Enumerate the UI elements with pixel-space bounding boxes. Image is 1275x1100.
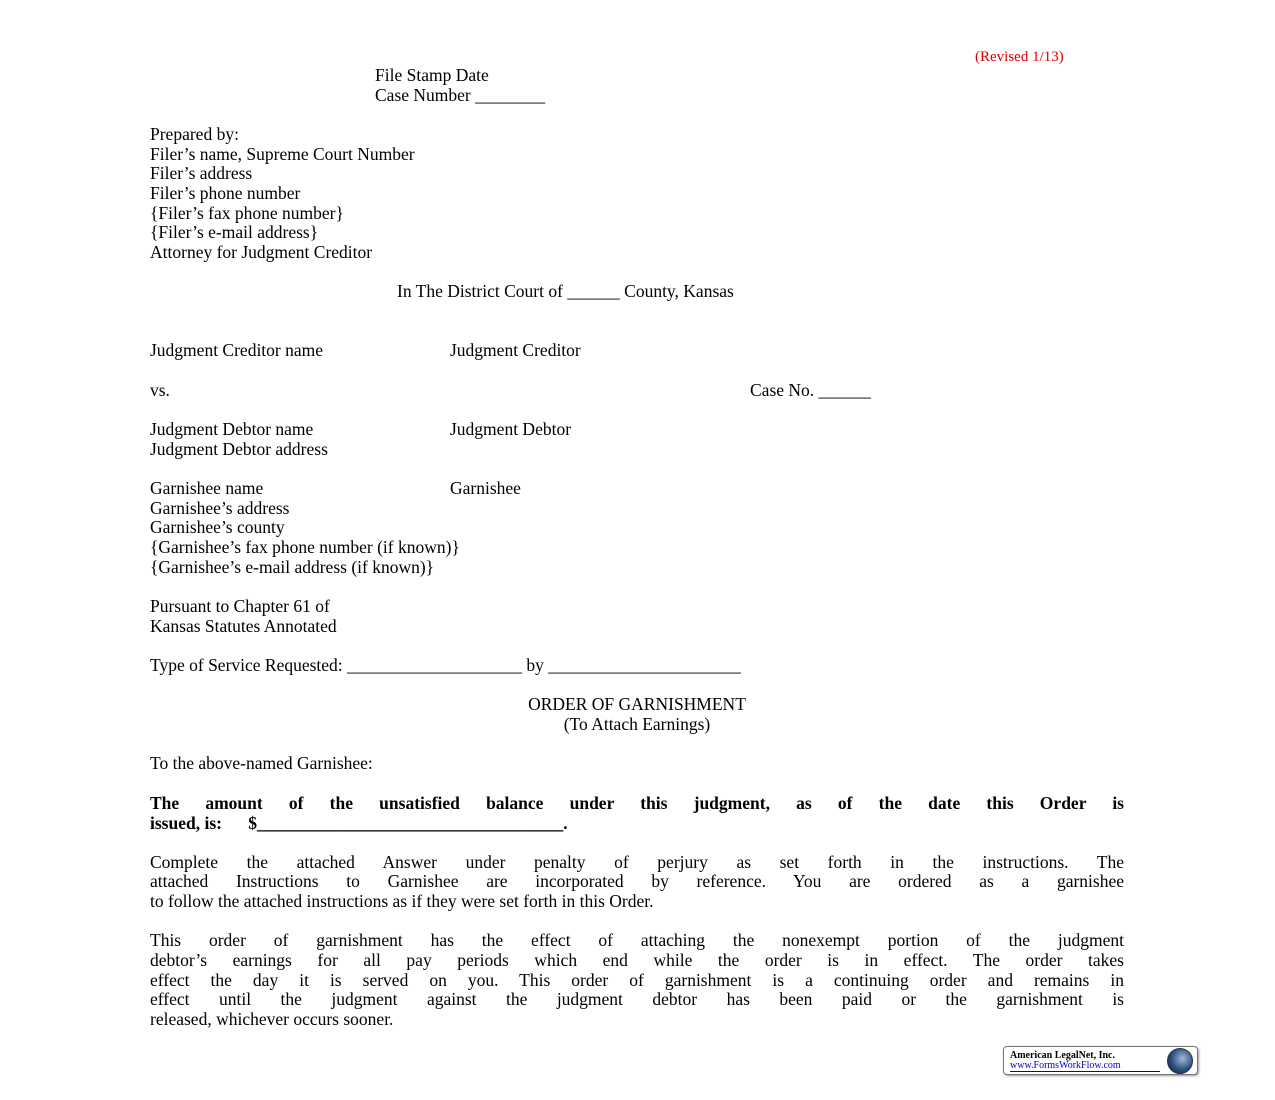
para2-line: debtor’s earnings for all pay periods wh…: [150, 951, 1124, 971]
para1-line: to follow the attached instructions as i…: [150, 892, 653, 912]
case-number-header: Case Number ________: [375, 86, 545, 106]
para1-line: attached Instructions to Garnishee are i…: [150, 872, 1124, 892]
file-stamp-date: File Stamp Date: [375, 66, 489, 86]
document-title: ORDER OF GARNISHMENT: [150, 695, 1124, 715]
para2-line: effect the day it is served on you. This…: [150, 971, 1124, 991]
pursuant-line: Kansas Statutes Annotated: [150, 617, 337, 637]
service-requested: Type of Service Requested: _____________…: [150, 656, 741, 676]
debtor-role: Judgment Debtor: [450, 420, 571, 440]
prepared-by-line: Prepared by:: [150, 125, 239, 145]
garnishee-line: {Garnishee’s fax phone number (if known)…: [150, 538, 460, 558]
para2-line: effect until the judgment against the ju…: [150, 990, 1124, 1010]
garnishee-role: Garnishee: [450, 479, 521, 499]
salutation: To the above-named Garnishee:: [150, 754, 373, 774]
amount-line: issued, is: $___________________________…: [150, 814, 568, 834]
garnishee-name: Garnishee name: [150, 479, 263, 499]
logo-url-link[interactable]: www.FormsWorkFlow.com: [1010, 1060, 1160, 1072]
debtor-address: Judgment Debtor address: [150, 440, 328, 460]
court-heading: In The District Court of ______ County, …: [397, 282, 734, 302]
versus: vs.: [150, 381, 170, 401]
para2-line: released, whichever occurs sooner.: [150, 1010, 393, 1030]
debtor-name: Judgment Debtor name: [150, 420, 313, 440]
para1-line: Complete the attached Answer under penal…: [150, 853, 1124, 873]
prepared-by-line: Filer’s address: [150, 164, 252, 184]
pursuant-line: Pursuant to Chapter 61 of: [150, 597, 330, 617]
globe-icon: [1167, 1048, 1193, 1074]
prepared-by-line: Filer’s name, Supreme Court Number: [150, 145, 415, 165]
document-subtitle: (To Attach Earnings): [150, 715, 1124, 735]
revised-note: (Revised 1/13): [975, 48, 1064, 68]
creditor-name: Judgment Creditor name: [150, 341, 323, 361]
creditor-role: Judgment Creditor: [450, 341, 581, 361]
para2-line: This order of garnishment has the effect…: [150, 931, 1124, 951]
case-no: Case No. ______: [750, 381, 871, 401]
amount-line: The amount of the unsatisfied balance un…: [150, 794, 1124, 814]
prepared-by-line: {Filer’s fax phone number}: [150, 204, 344, 224]
garnishee-line: {Garnishee’s e-mail address (if known)}: [150, 558, 434, 578]
prepared-by-line: Filer’s phone number: [150, 184, 300, 204]
garnishee-line: Garnishee’s county: [150, 518, 285, 538]
prepared-by-line: {Filer’s e-mail address}: [150, 223, 318, 243]
prepared-by-line: Attorney for Judgment Creditor: [150, 243, 372, 263]
garnishee-line: Garnishee’s address: [150, 499, 289, 519]
american-legalnet-logo[interactable]: American LegalNet, Inc. www.FormsWorkFlo…: [1003, 1046, 1198, 1075]
